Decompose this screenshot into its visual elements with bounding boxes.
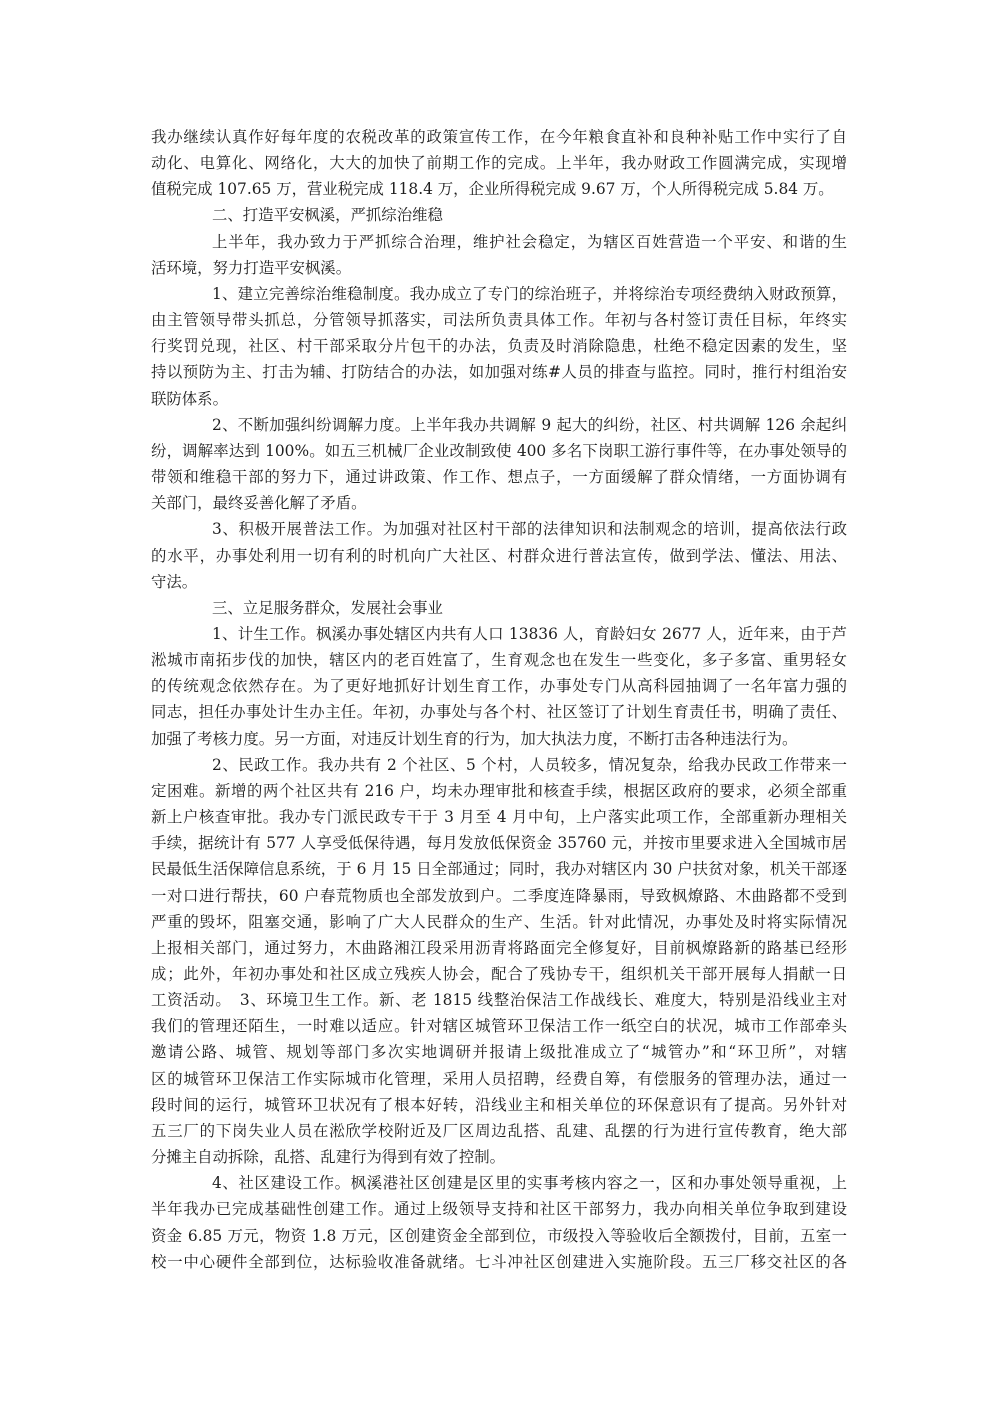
text-line: 民最低生活保障信息系统，于 6 月 15 日全部通过；同时，我办对辖区内 30 … <box>151 856 847 882</box>
text-line: 1、计生工作。枫溪办事处辖区内共有人口 13836 人，育龄妇女 2677 人，… <box>151 621 847 647</box>
text-line: 3、积极开展普法工作。为加强对社区村干部的法律知识和法制观念的培训，提高依法行政 <box>151 516 847 542</box>
text-line: 区的城管环卫保洁工作实际城市化管理，采用人员招聘，经费自筹，有偿服务的管理办法，… <box>151 1066 847 1092</box>
text-line: 值税完成 107.65 万，营业税完成 118.4 万，企业所得税完成 9.67… <box>151 176 847 202</box>
text-line: 上报相关部门，通过努力，木曲路湘江段采用沥青将路面完全修复好，目前枫燎路新的路基… <box>151 935 847 961</box>
text-line: 关部门，最终妥善化解了矛盾。 <box>151 490 847 516</box>
text-line: 半年我办已完成基础性创建工作。通过上级领导支持和社区干部努力，我办向相关单位争取… <box>151 1196 847 1222</box>
text-line: 带领和维稳干部的努力下，通过讲政策、作工作、想点子，一方面缓解了群众情绪，一方面… <box>151 464 847 490</box>
text-line: 守法。 <box>151 569 847 595</box>
text-line: 新上户核查审批。我办专门派民政专干于 3 月至 4 月中旬，上户落实此项工作，全… <box>151 804 847 830</box>
text-line: 联防体系。 <box>151 386 847 412</box>
text-line: 1、建立完善综治维稳制度。我办成立了专门的综治班子，并将综治专项经费纳入财政预算… <box>151 281 847 307</box>
text-line: 校一中心硬件全部到位，达标验收准备就绪。七斗冲社区创建进入实施阶段。五三厂移交社… <box>151 1249 847 1275</box>
text-line: 五三厂的下岗失业人员在淞欣学校附近及厂区周边乱搭、乱建、乱摆的行为进行宣传教育，… <box>151 1118 847 1144</box>
text-line: 我们的管理还陌生，一时难以适应。针对辖区城管环卫保洁工作一纸空白的状况，城市工作… <box>151 1013 847 1039</box>
text-line: 的水平，办事处利用一切有利的时机向广大社区、村群众进行普法宣传，做到学法、懂法、… <box>151 543 847 569</box>
text-line: 的传统观念依然存在。为了更好地抓好计划生育工作，办事处专门从高科园抽调了一名年富… <box>151 673 847 699</box>
text-line: 二、打造平安枫溪，严抓综治维稳 <box>151 202 847 228</box>
text-line: 持以预防为主、打击为辅、打防结合的办法，如加强对练#人员的排查与监控。同时，推行… <box>151 359 847 385</box>
text-line: 纷，调解率达到 100%。如五三机械厂企业改制致使 400 多名下岗职工游行事件… <box>151 438 847 464</box>
text-line: 资金 6.85 万元，物资 1.8 万元，区创建资金全部到位，市级投入等验收后全… <box>151 1223 847 1249</box>
document-body: 我办继续认真作好每年度的农税改革的政策宣传工作，在今年粮食直补和良种补贴工作中实… <box>151 124 847 1275</box>
text-line: 加强了考核力度。另一方面，对违反计划生育的行为，加大执法力度，不断打击各种违法行… <box>151 726 847 752</box>
text-line: 活环境，努力打造平安枫溪。 <box>151 255 847 281</box>
text-line: 4、社区建设工作。枫溪港社区创建是区里的实事考核内容之一，区和办事处领导重视，上 <box>151 1170 847 1196</box>
text-line: 手续，据统计有 577 人享受低保待遇，每月发放低保资金 35760 元，并按市… <box>151 830 847 856</box>
text-line: 定困难。新增的两个社区共有 216 户，均未办理审批和核查手续，根据区政府的要求… <box>151 778 847 804</box>
text-line: 动化、电算化、网络化，大大的加快了前期工作的完成。上半年，我办财政工作圆满完成，… <box>151 150 847 176</box>
text-line: 行奖罚兑现，社区、村干部采取分片包干的办法，负责及时消除隐患，杜绝不稳定因素的发… <box>151 333 847 359</box>
text-line: 严重的毁坏，阻塞交通，影响了广大人民群众的生产、生活。针对此情况，办事处及时将实… <box>151 909 847 935</box>
text-line: 成；此外，年初办事处和社区成立残疾人协会，配合了残协专干，组织机关干部开展每人捐… <box>151 961 847 987</box>
text-line: 上半年，我办致力于严抓综合治理，维护社会稳定，为辖区百姓营造一个平安、和谐的生 <box>151 229 847 255</box>
text-line: 三、立足服务群众，发展社会事业 <box>151 595 847 621</box>
text-line: 2、民政工作。我办共有 2 个社区、5 个村，人员较多，情况复杂，给我办民政工作… <box>151 752 847 778</box>
text-line: 工资活动。 3、环境卫生工作。新、老 1815 线整治保洁工作战线长、难度大，特… <box>151 987 847 1013</box>
text-line: 由主管领导带头抓总，分管领导抓落实，司法所负责具体工作。年初与各村签订责任目标，… <box>151 307 847 333</box>
text-line: 一对口进行帮扶，60 户春荒物质也全部发放到户。二季度连降暴雨，导致枫燎路、木曲… <box>151 883 847 909</box>
document-page: 我办继续认真作好每年度的农税改革的政策宣传工作，在今年粮食直补和良种补贴工作中实… <box>0 0 1000 1415</box>
text-line: 淞城市南拓步伐的加快，辖区内的老百姓富了，生育观念也在发生一些变化，多子多富、重… <box>151 647 847 673</box>
text-line: 同志，担任办事处计生办主任。年初，办事处与各个村、社区签订了计划生育责任书，明确… <box>151 699 847 725</box>
text-line: 我办继续认真作好每年度的农税改革的政策宣传工作，在今年粮食直补和良种补贴工作中实… <box>151 124 847 150</box>
text-line: 邀请公路、城管、规划等部门多次实地调研并报请上级批准成立了“城管办”和“环卫所”… <box>151 1039 847 1065</box>
text-line: 2、不断加强纠纷调解力度。上半年我办共调解 9 起大的纠纷，社区、村共调解 12… <box>151 412 847 438</box>
text-line: 分摊主自动拆除，乱搭、乱建行为得到有效了控制。 <box>151 1144 847 1170</box>
text-line: 段时间的运行，城管环卫状况有了根本好转，沿线业主和相关单位的环保意识有了提高。另… <box>151 1092 847 1118</box>
